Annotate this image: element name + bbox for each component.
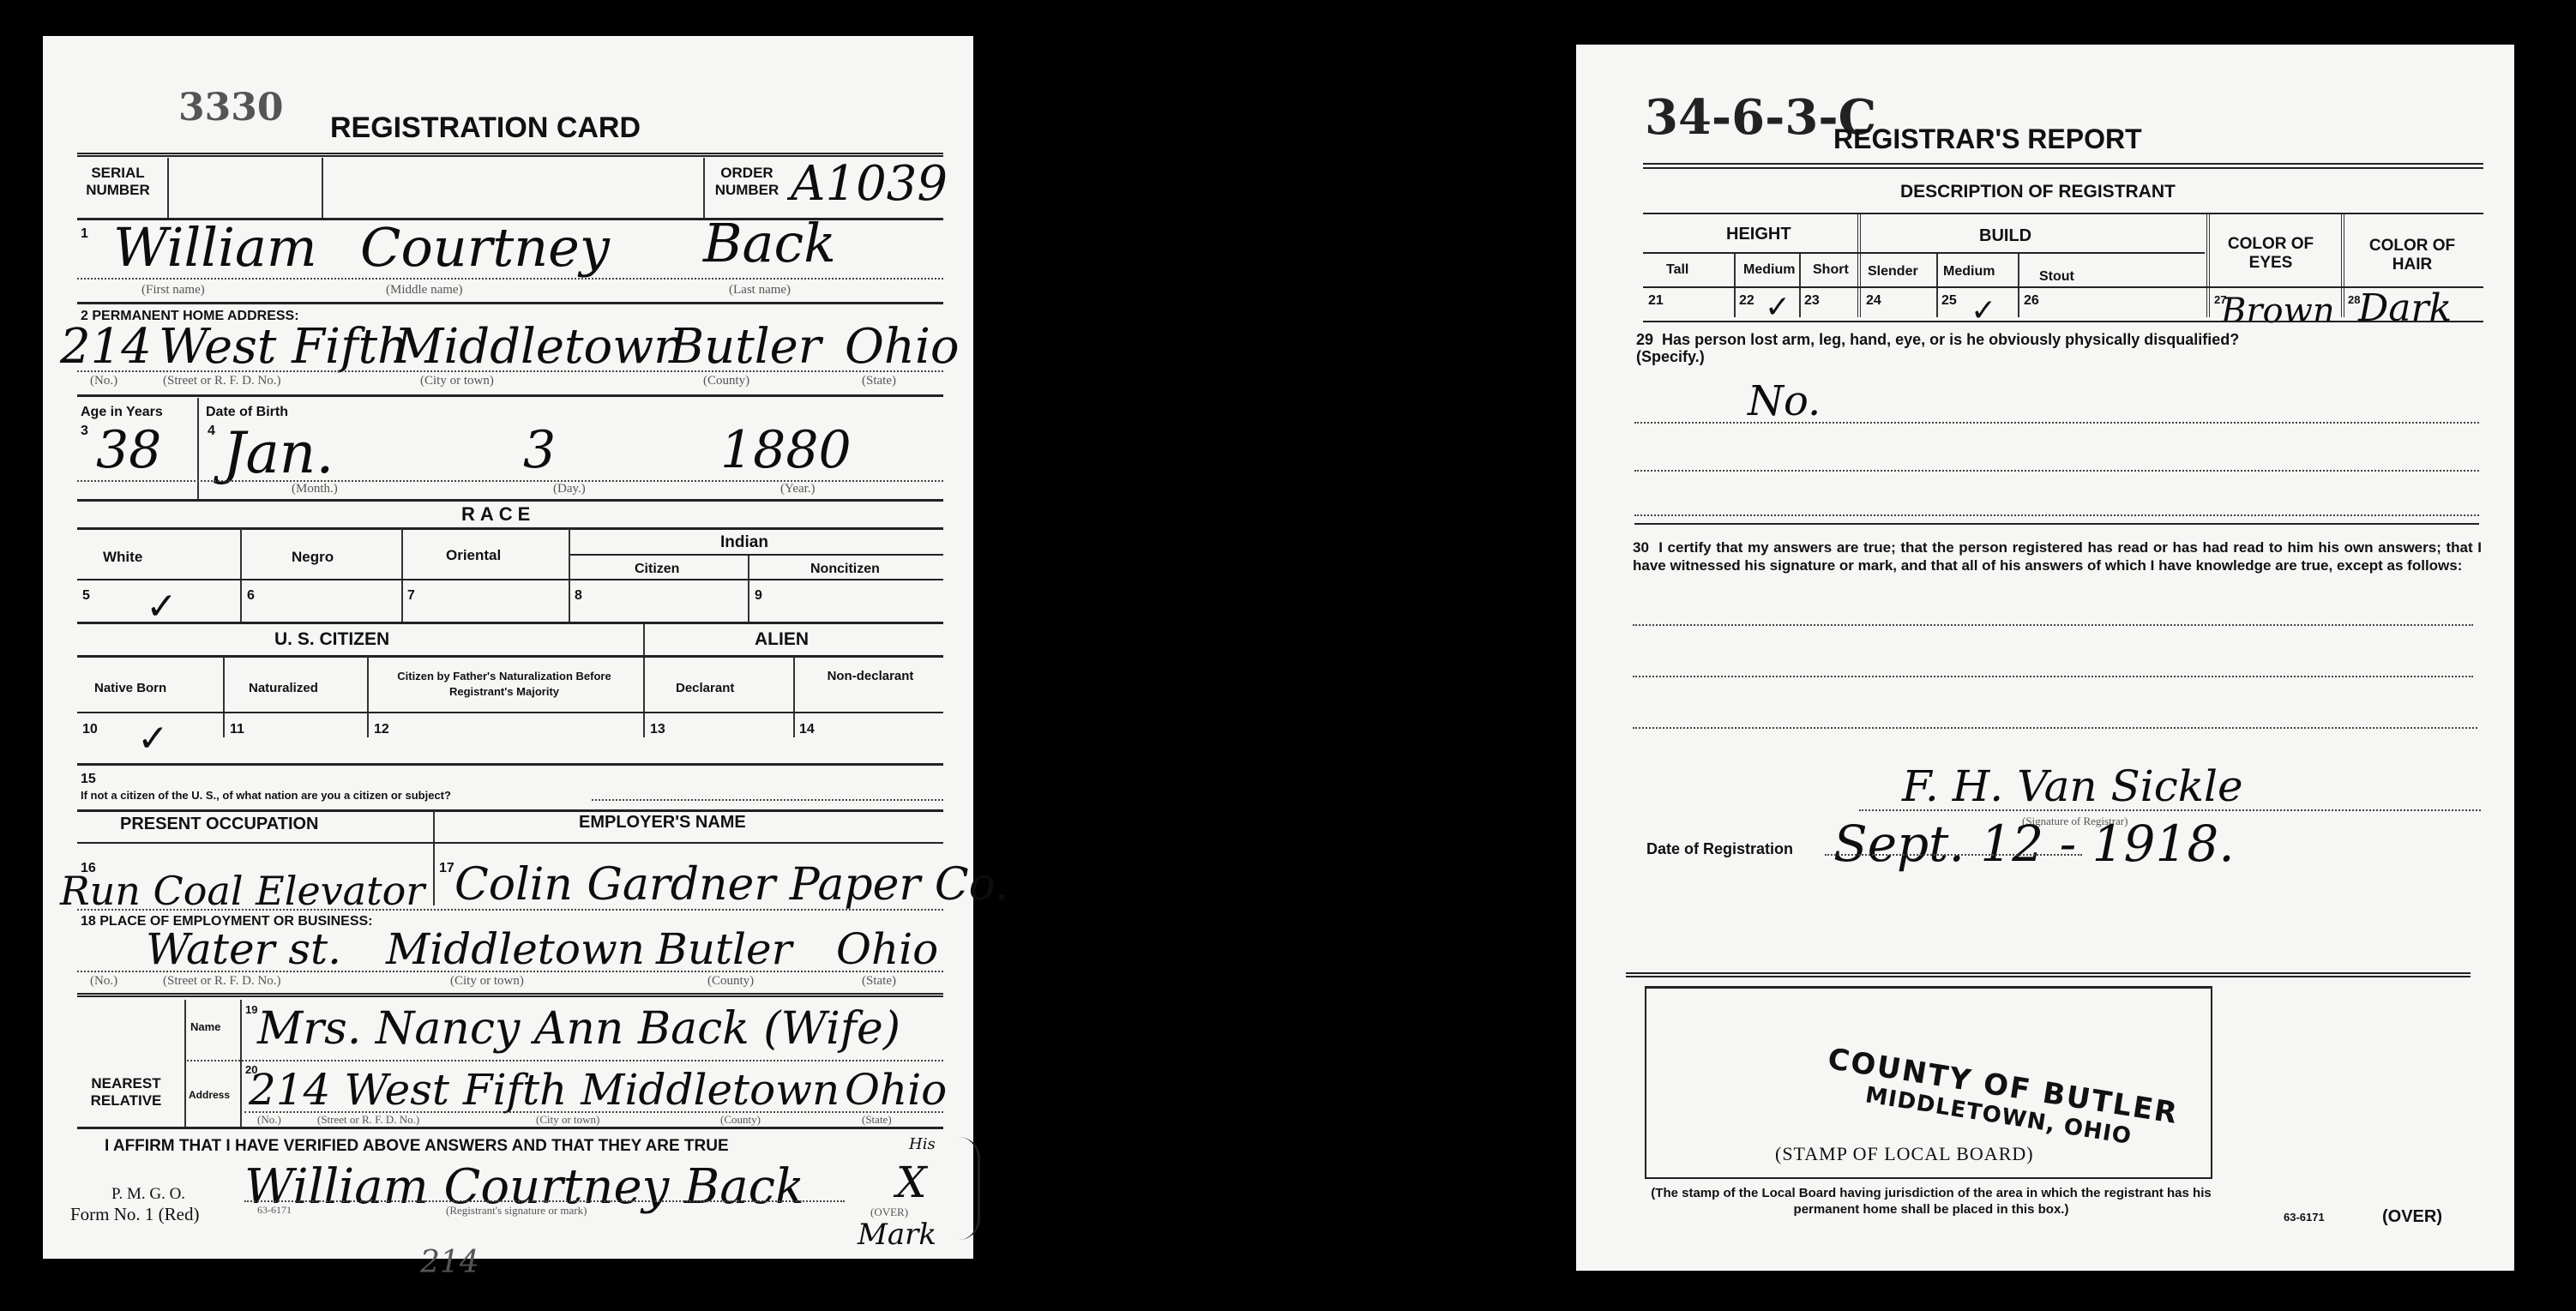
height-num-23: 23 (1804, 293, 1820, 309)
native-born-check: ✓ (137, 717, 169, 761)
signature-caption: (Registrant's signature or mark) (446, 1204, 587, 1218)
order-number-value: A1039 (791, 156, 948, 212)
card-stamp-number: 3330 (178, 86, 283, 129)
address-caption-city: (City or town) (420, 374, 494, 388)
citizen-num-10: 10 (82, 722, 98, 737)
form-number-label: Form No. 1 (Red) (70, 1204, 200, 1225)
employment-caption-state: (State) (862, 974, 896, 989)
race-num-9: 9 (755, 588, 762, 604)
hair-value: Dark (2358, 286, 2452, 330)
field-17-number: 17 (439, 861, 454, 876)
bottom-note: 214 (420, 1245, 479, 1280)
field-30-text: I certify that my answers are true; that… (1633, 539, 2482, 574)
nearest-relative-label: NEAREST RELATIVE (79, 1075, 173, 1110)
field-30-number: 30 (1633, 539, 1649, 556)
age-label: Age in Years (81, 405, 163, 420)
relative-caption-county: (County) (720, 1113, 761, 1127)
eyes-value: Brown (2221, 292, 2335, 331)
race-num-6: 6 (247, 588, 255, 604)
employment-state: Ohio (836, 924, 938, 974)
race-num-5: 5 (82, 588, 90, 604)
build-col-medium: Medium (1943, 264, 1995, 280)
alien-col-non-declarant: Non-declarant (806, 669, 935, 684)
middle-name: Courtney (360, 216, 610, 279)
form-pmgo-label: P. M. G. O. (111, 1185, 185, 1204)
race-title: RACE (461, 503, 535, 526)
height-num-22: 22 (1739, 293, 1754, 309)
race-col-citizen: Citizen (635, 562, 679, 577)
relative-caption-state: (State) (862, 1113, 892, 1127)
employer-value: Colin Gardner Paper Co. (454, 859, 1009, 911)
address-caption-state: (State) (862, 374, 896, 388)
field-4-number: 4 (208, 424, 215, 439)
height-num-21: 21 (1648, 293, 1664, 309)
build-num-25: 25 (1941, 293, 1957, 309)
race-num-8: 8 (575, 588, 582, 604)
middle-name-caption: (Middle name) (386, 283, 463, 298)
build-num-26: 26 (2024, 293, 2039, 309)
race-col-noncitizen: Noncitizen (810, 562, 880, 577)
address-caption-street: (Street or R. F. D. No.) (163, 374, 281, 388)
employment-caption-street: (Street or R. F. D. No.) (163, 974, 281, 989)
home-address-state: Ohio (845, 319, 960, 375)
eyes-title: COLOR OF EYES (2215, 235, 2326, 273)
race-col-negro: Negro (292, 549, 334, 566)
build-col-stout: Stout (2039, 269, 2074, 285)
citizen-num-13: 13 (650, 722, 665, 737)
build-num-24: 24 (1866, 293, 1881, 309)
relative-caption-no: (No.) (257, 1113, 281, 1127)
report-form-code: 63-6171 (2284, 1211, 2325, 1224)
field-19-number: 19 (245, 1003, 257, 1016)
citizen-col-father-naturalization: Citizen by Father's Naturalization Befor… (376, 669, 633, 700)
age-value: 38 (96, 420, 161, 480)
first-name-caption: (First name) (141, 283, 205, 298)
home-address-county: Butler (669, 319, 822, 375)
last-name: Back (703, 212, 836, 274)
home-address-number: 214 (60, 319, 152, 375)
build-col-slender: Slender (1868, 264, 1918, 280)
field-29-number: 29 (1636, 331, 1653, 348)
relative-address-value: 214 West Fifth Middletown (249, 1065, 840, 1115)
card-title: REGISTRATION CARD (330, 111, 641, 145)
citizen-num-12: 12 (374, 722, 389, 737)
relative-caption-street: (Street or R. F. D. No.) (317, 1113, 419, 1127)
relative-address-label: Address (189, 1089, 230, 1101)
specify-label: (Specify.) (1636, 348, 1705, 366)
field-3-number: 3 (81, 424, 88, 439)
dob-month: Jan. (223, 420, 334, 486)
occupation-title: PRESENT OCCUPATION (120, 815, 319, 834)
dob-day: 3 (523, 420, 556, 480)
date-of-registration-value: Sept. 12 - 1918. (1833, 815, 2235, 873)
height-col-short: Short (1813, 262, 1849, 278)
hair-title: COLOR OF HAIR (2352, 237, 2472, 274)
employment-street: Water st. (146, 924, 341, 974)
field-1-number: 1 (81, 226, 88, 242)
stamp-box: COUNTY OF BUTLER MIDDLETOWN, OHIO (STAMP… (1645, 986, 2212, 1179)
registrar-signature: F. H. Van Sickle (1902, 761, 2243, 811)
registration-card: 3330 REGISTRATION CARD SERIAL NUMBER ORD… (43, 36, 973, 1259)
us-citizen-title: U. S. CITIZEN (274, 629, 389, 650)
height-medium-check: ✓ (1765, 290, 1791, 325)
his-mark-his: His (909, 1135, 936, 1153)
registrars-report-card: 34-6-3-C REGISTRAR'S REPORT DESCRIPTION … (1576, 45, 2514, 1271)
field-29-question: Has person lost arm, leg, hand, eye, or … (1662, 331, 2239, 348)
report-title: REGISTRAR'S REPORT (1833, 123, 2142, 155)
race-num-7: 7 (407, 588, 415, 604)
citizen-num-11: 11 (230, 722, 244, 737)
height-col-tall: Tall (1666, 262, 1688, 278)
serial-number-label: SERIAL NUMBER (77, 165, 159, 199)
dob-caption-month: (Month.) (292, 482, 338, 496)
his-mark-x: X (896, 1158, 927, 1207)
build-medium-check: ✓ (1971, 293, 1996, 328)
dob-year: 1880 (720, 420, 852, 480)
home-address-street: West Fifth (159, 319, 408, 375)
citizen-num-14: 14 (799, 722, 815, 737)
relative-address-state: Ohio (845, 1065, 947, 1115)
alien-title: ALIEN (755, 629, 809, 650)
address-caption-no: (No.) (90, 374, 117, 388)
physical-answer: No. (1748, 377, 1821, 425)
employment-city: Middletown (386, 924, 645, 974)
certification-text: 30 I certify that my answers are true; t… (1633, 538, 2482, 574)
physical-question: 29 Has person lost arm, leg, hand, eye, … (1636, 331, 2239, 349)
address-caption-county: (County) (703, 374, 749, 388)
field-15-number: 15 (81, 772, 96, 787)
race-indian-label: Indian (720, 533, 768, 552)
dob-caption-day: (Day.) (553, 482, 586, 496)
height-title: HEIGHT (1726, 225, 1791, 244)
his-mark-mark: Mark (858, 1218, 936, 1252)
employment-caption-city: (City or town) (450, 974, 524, 989)
date-of-registration-label: Date of Registration (1646, 840, 1793, 858)
dob-caption-year: (Year.) (780, 482, 816, 496)
alien-col-declarant: Declarant (676, 681, 734, 695)
report-over-label: (OVER) (2382, 1207, 2442, 1227)
his-mark-bracket (959, 1137, 980, 1240)
build-title: BUILD (1979, 226, 2031, 246)
description-title: DESCRIPTION OF REGISTRANT (1900, 182, 2176, 202)
relative-name-label: Name (190, 1020, 220, 1033)
employment-caption-no: (No.) (90, 974, 117, 989)
relative-caption-city: (City or town) (536, 1113, 599, 1127)
stamp-box-caption: (STAMP OF LOCAL BOARD) (1775, 1143, 2034, 1165)
first-name: William (113, 216, 317, 279)
race-col-oriental: Oriental (446, 547, 501, 564)
race-col-white: White (103, 549, 142, 566)
employment-caption-county: (County) (707, 974, 754, 989)
citizen-col-native-born: Native Born (94, 681, 166, 695)
affirmation-text: I AFFIRM THAT I HAVE VERIFIED ABOVE ANSW… (105, 1137, 729, 1156)
last-name-caption: (Last name) (729, 283, 791, 298)
local-board-stamp: COUNTY OF BUTLER MIDDLETOWN, OHIO (1821, 1042, 2181, 1157)
occupation-value: Run Coal Elevator (60, 868, 424, 914)
stamp-footnote: (The stamp of the Local Board having jur… (1648, 1185, 2214, 1218)
order-number-label: ORDER NUMBER (708, 165, 785, 199)
home-address-city: Middletown (394, 319, 684, 375)
citizen-col-naturalized: Naturalized (249, 681, 318, 695)
employment-county: Butler (656, 924, 792, 974)
nationality-question: If not a citizen of the U. S., of what n… (81, 789, 451, 802)
serial-number-field (172, 161, 317, 214)
height-col-medium: Medium (1743, 262, 1795, 278)
relative-name-value: Mrs. Nancy Ann Back (Wife) (257, 1003, 900, 1055)
employer-title: EMPLOYER'S NAME (579, 813, 746, 833)
dob-label: Date of Birth (206, 405, 288, 420)
